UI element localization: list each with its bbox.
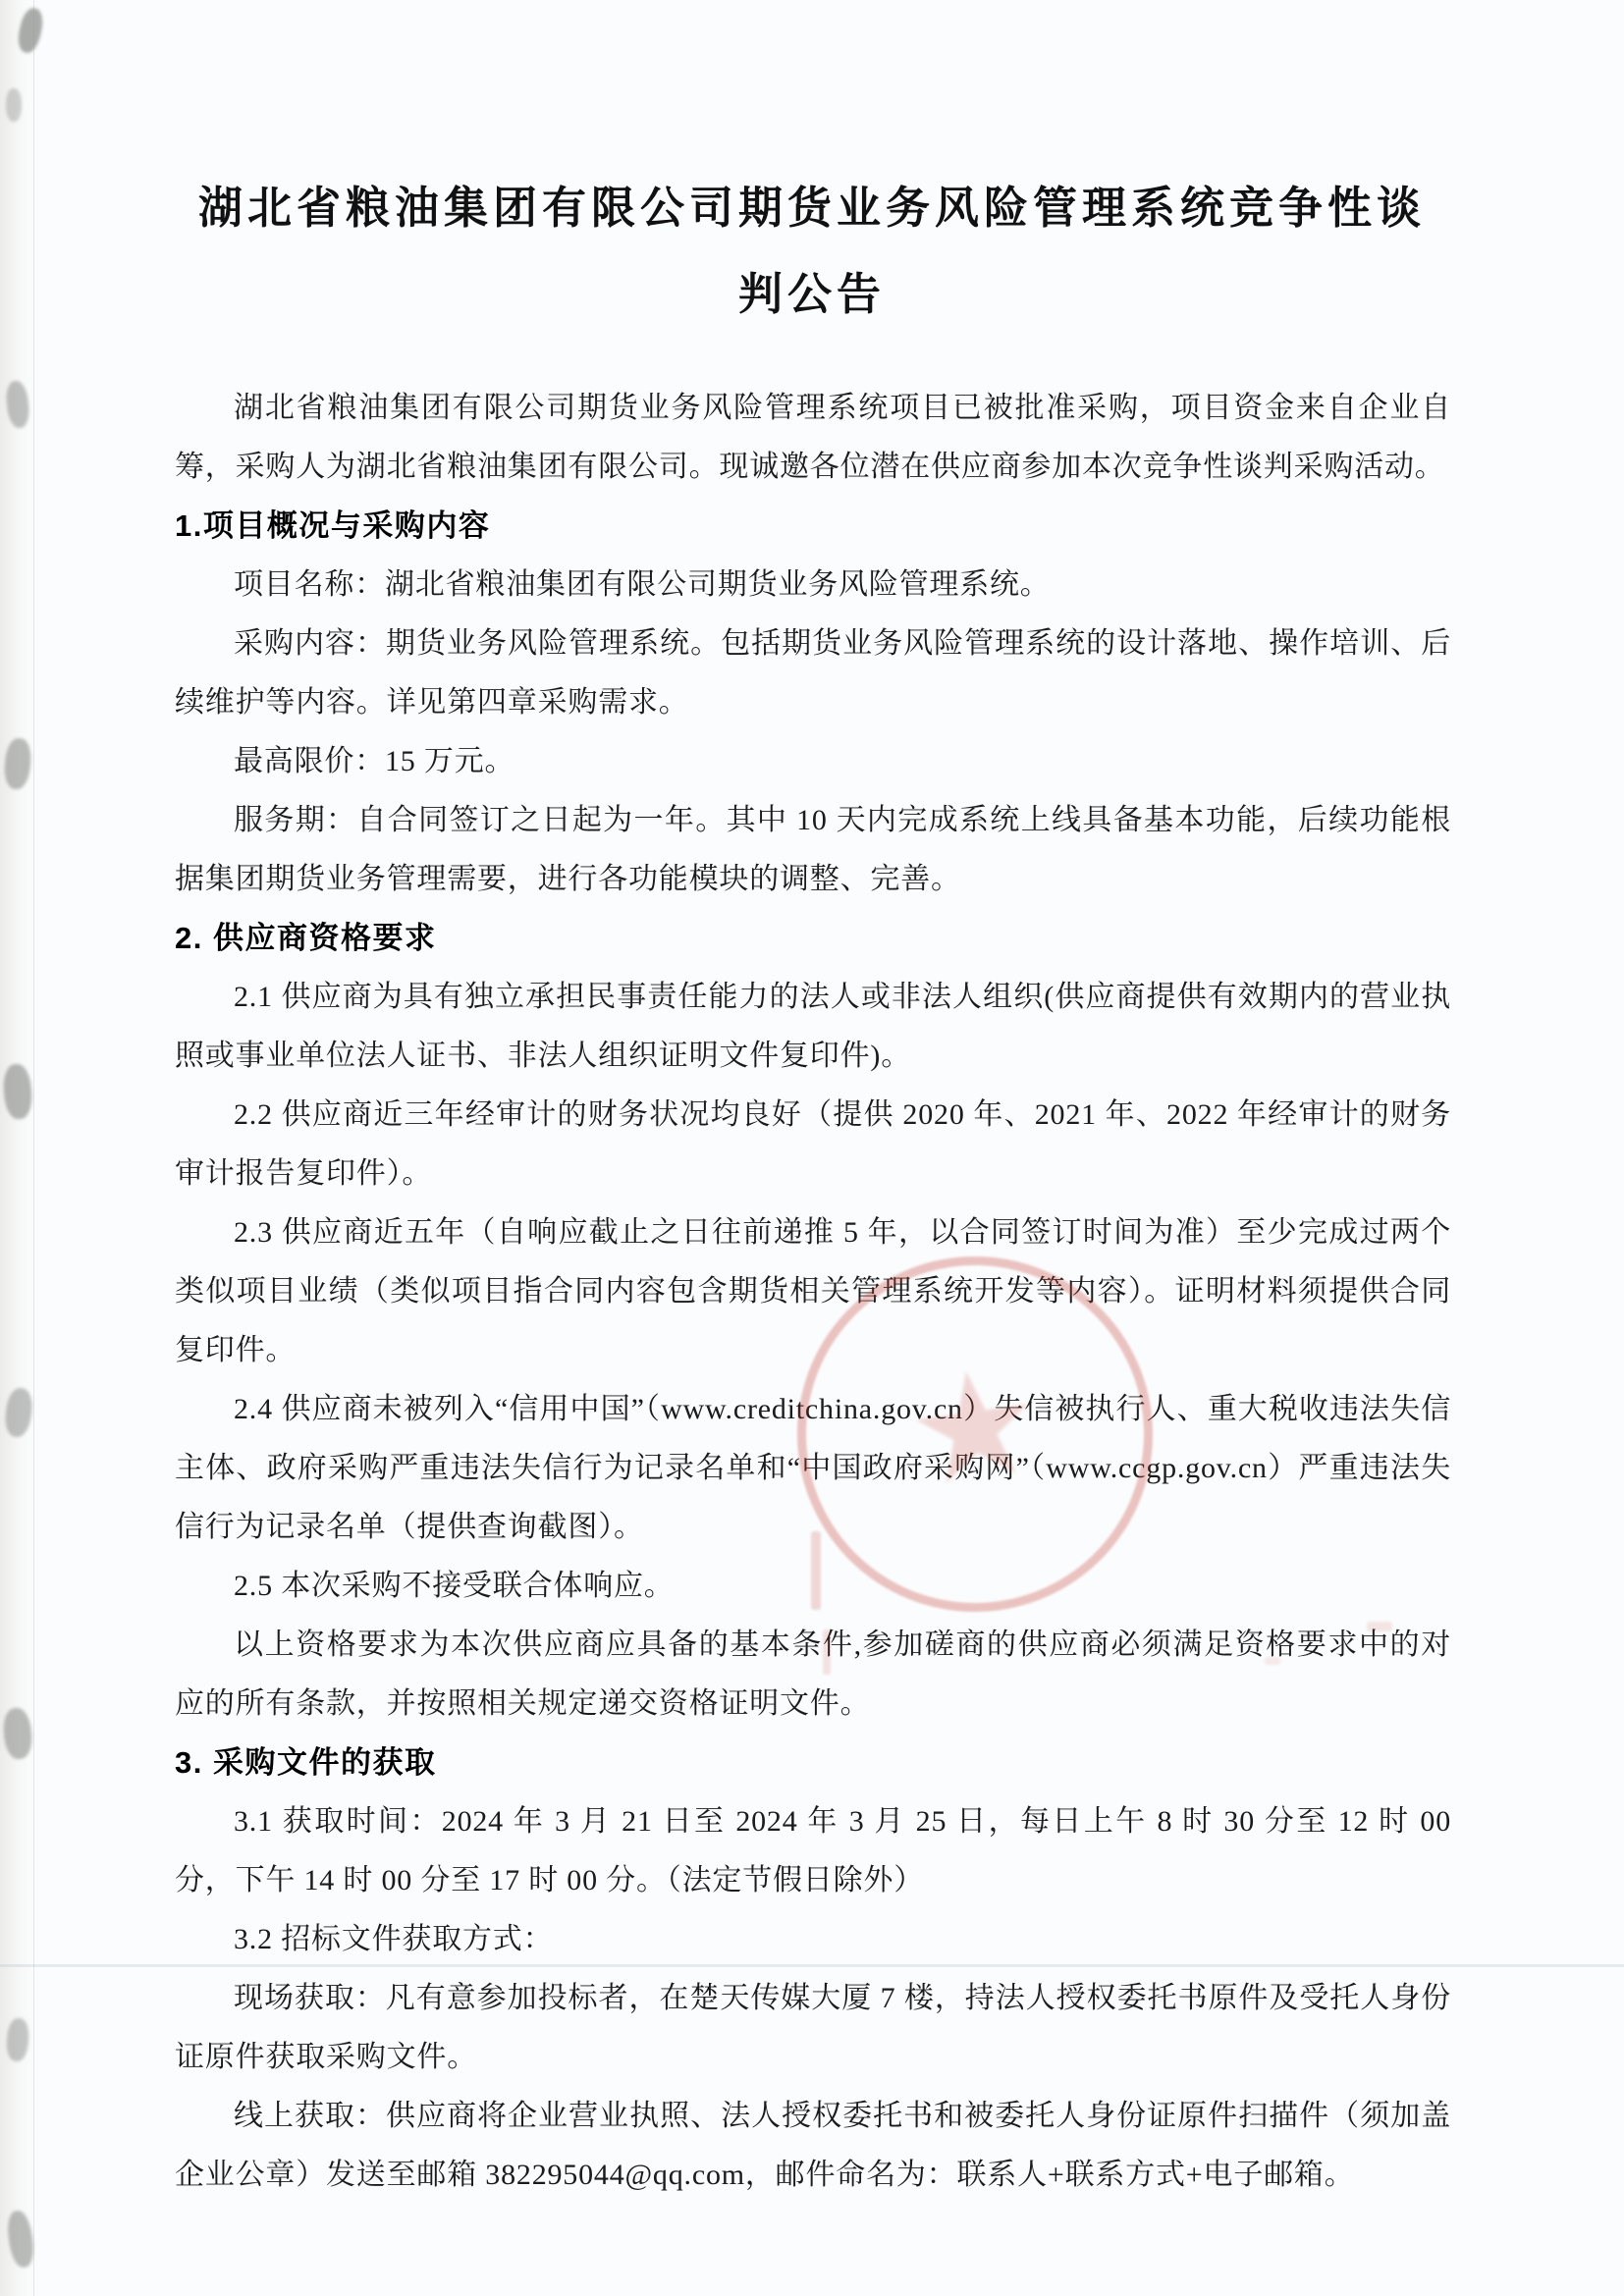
seal-smudge: [1367, 1622, 1392, 1631]
section-heading-1: 1.项目概况与采购内容: [175, 497, 1451, 556]
paragraph-2-2: 2.2 供应商近三年经审计的财务状况均良好（提供 2020 年、2021 年、2…: [175, 1086, 1451, 1203]
paragraph-3-2: 3.2 招标文件获取方式：: [175, 1910, 1451, 1969]
document-title-line1: 湖北省粮油集团有限公司期货业务风险管理系统竞争性谈: [108, 165, 1516, 251]
paragraph-intro: 湖北省粮油集团有限公司期货业务风险管理系统项目已被批准采购，项目资金来自企业自筹…: [175, 379, 1451, 497]
section-heading-2: 2. 供应商资格要求: [175, 909, 1451, 968]
document-title-line2: 判公告: [108, 251, 1516, 338]
paragraph-2-3: 2.3 供应商近五年（自响应截止之日往前递推 5 年，以合同签订时间为准）至少完…: [175, 1203, 1451, 1380]
scan-edge-strip: [0, 0, 34, 2296]
seal-smudge: [811, 1531, 821, 1610]
paragraph-onsite-obtain: 现场获取：凡有意参加投标者，在楚天传媒大厦 7 楼，持法人授权委托书原件及受托人…: [175, 1969, 1451, 2087]
paragraph-price-cap: 最高限价：15 万元。: [175, 732, 1451, 791]
seal-smudge: [1265, 1657, 1280, 1665]
scan-artifact: [6, 88, 22, 122]
section-heading-3: 3. 采购文件的获取: [175, 1734, 1451, 1792]
paragraph-project-name: 项目名称：湖北省粮油集团有限公司期货业务风险管理系统。: [175, 556, 1451, 614]
paragraph-procure-content: 采购内容：期货业务风险管理系统。包括期货业务风险管理系统的设计落地、操作培训、后…: [175, 614, 1451, 732]
seal-star-icon: ★: [896, 1334, 1051, 1522]
paragraph-online-obtain: 线上获取：供应商将企业营业执照、法人授权委托书和被委托人身份证原件扫描件（须加盖…: [175, 2087, 1451, 2205]
paragraph-3-1: 3.1 获取时间：2024 年 3 月 21 日至 2024 年 3 月 25 …: [175, 1792, 1451, 1910]
document-body: 湖北省粮油集团有限公司期货业务风险管理系统项目已被批准采购，项目资金来自企业自筹…: [175, 379, 1451, 2205]
scanned-document-page: 湖北省粮油集团有限公司期货业务风险管理系统竞争性谈 判公告 湖北省粮油集团有限公…: [0, 0, 1624, 2296]
document-title: 湖北省粮油集团有限公司期货业务风险管理系统竞争性谈 判公告: [108, 165, 1516, 338]
paragraph-2-1: 2.1 供应商为具有独立承担民事责任能力的法人或非法人组织(供应商提供有效期内的…: [175, 968, 1451, 1086]
paragraph-qualification: 以上资格要求为本次供应商应具备的基本条件,参加磋商的供应商必须满足资格要求中的对…: [175, 1616, 1451, 1734]
seal-smudge: [823, 1629, 831, 1675]
paragraph-service-period: 服务期：自合同签订之日起为一年。其中 10 天内完成系统上线具备基本功能，后续功…: [175, 791, 1451, 909]
